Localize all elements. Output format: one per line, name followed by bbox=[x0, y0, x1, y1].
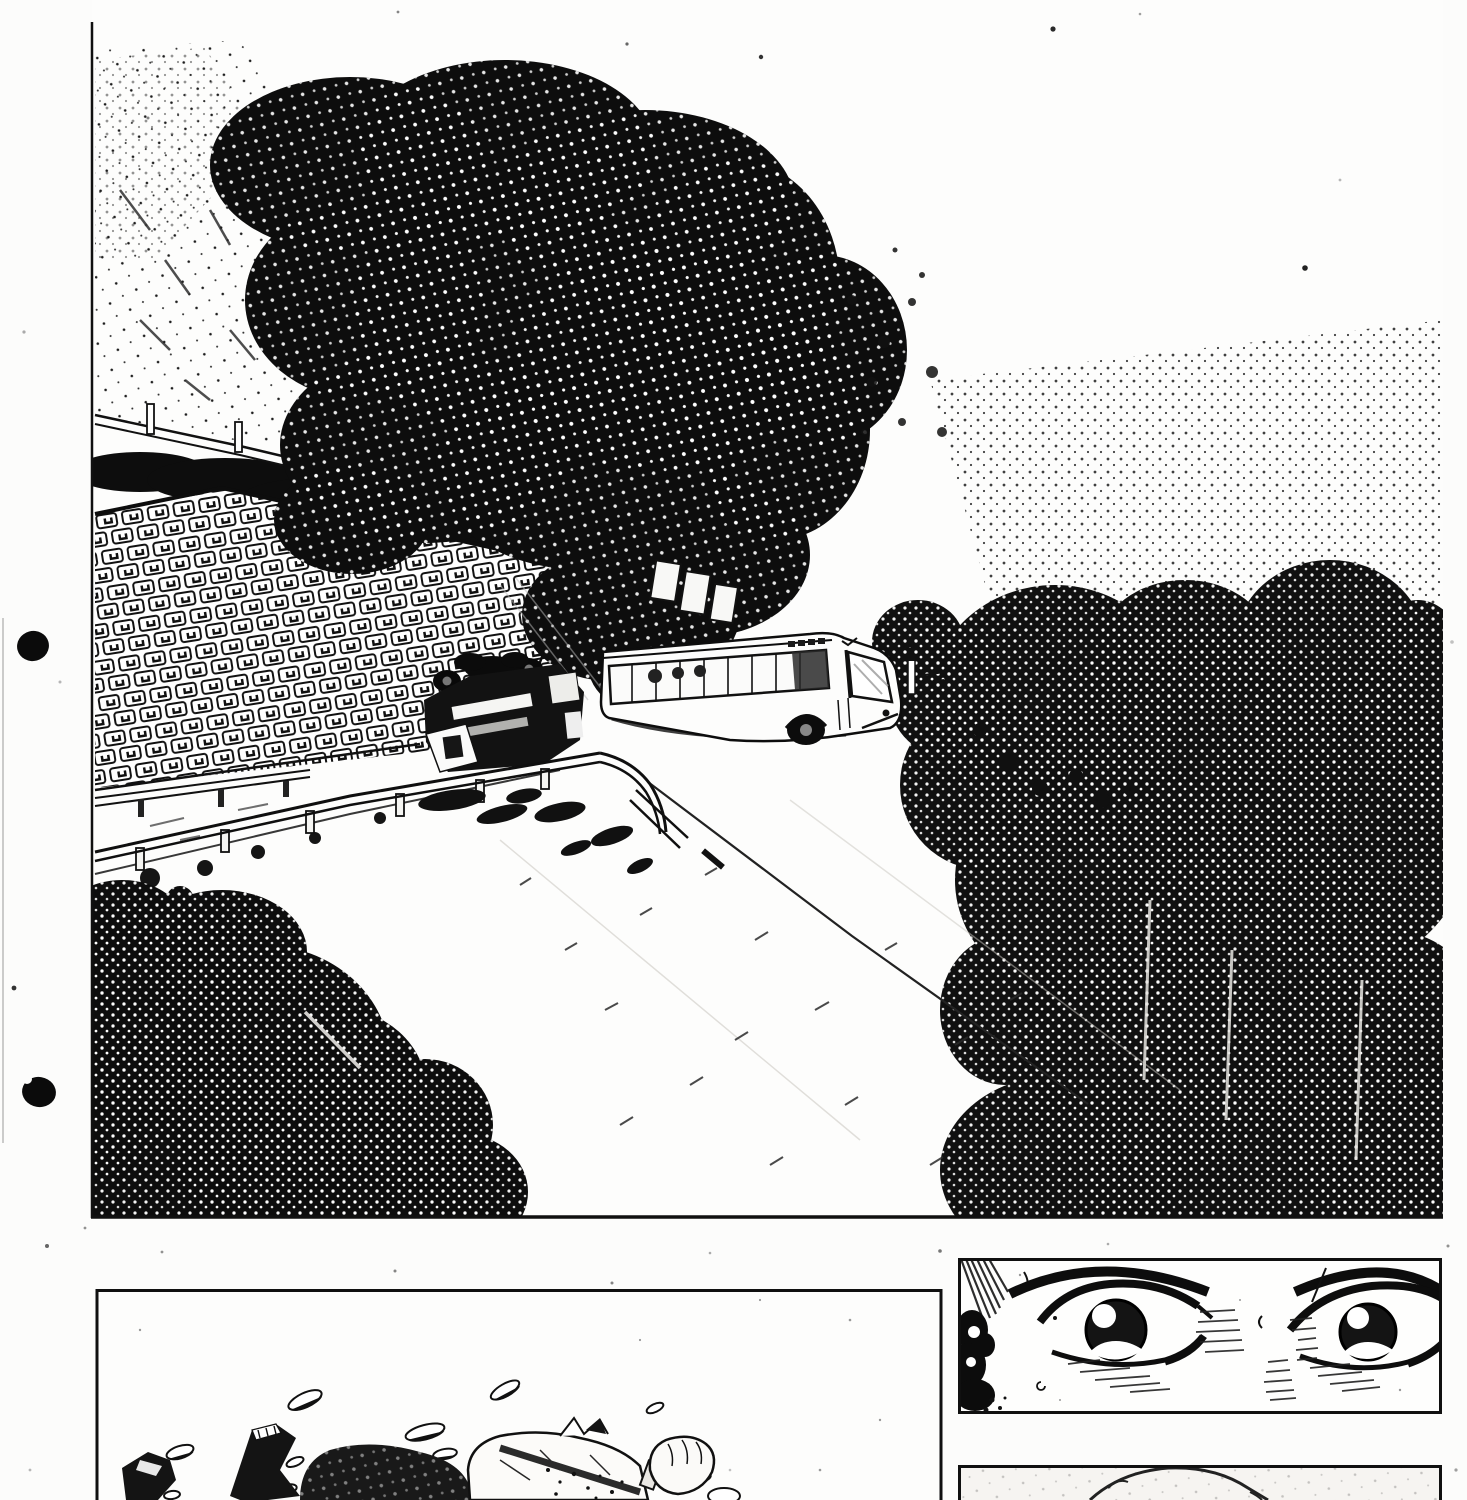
manga-page: Black-and-white manga page: a tour bus s… bbox=[0, 0, 1467, 1500]
tour-bus bbox=[601, 633, 913, 745]
hole-punch-top bbox=[14, 627, 53, 664]
scan-edge-line bbox=[2, 618, 4, 1143]
panel-accident-scene bbox=[5, 0, 1467, 1295]
page-art bbox=[0, 0, 1467, 1500]
panel-fallen-person bbox=[97, 1289, 942, 1500]
forest-right bbox=[872, 320, 1467, 1295]
panel-head-glimpse bbox=[959, 1465, 1441, 1500]
hole-punch-marks bbox=[14, 627, 59, 1109]
panel-shocked-eyes bbox=[950, 1259, 1452, 1413]
